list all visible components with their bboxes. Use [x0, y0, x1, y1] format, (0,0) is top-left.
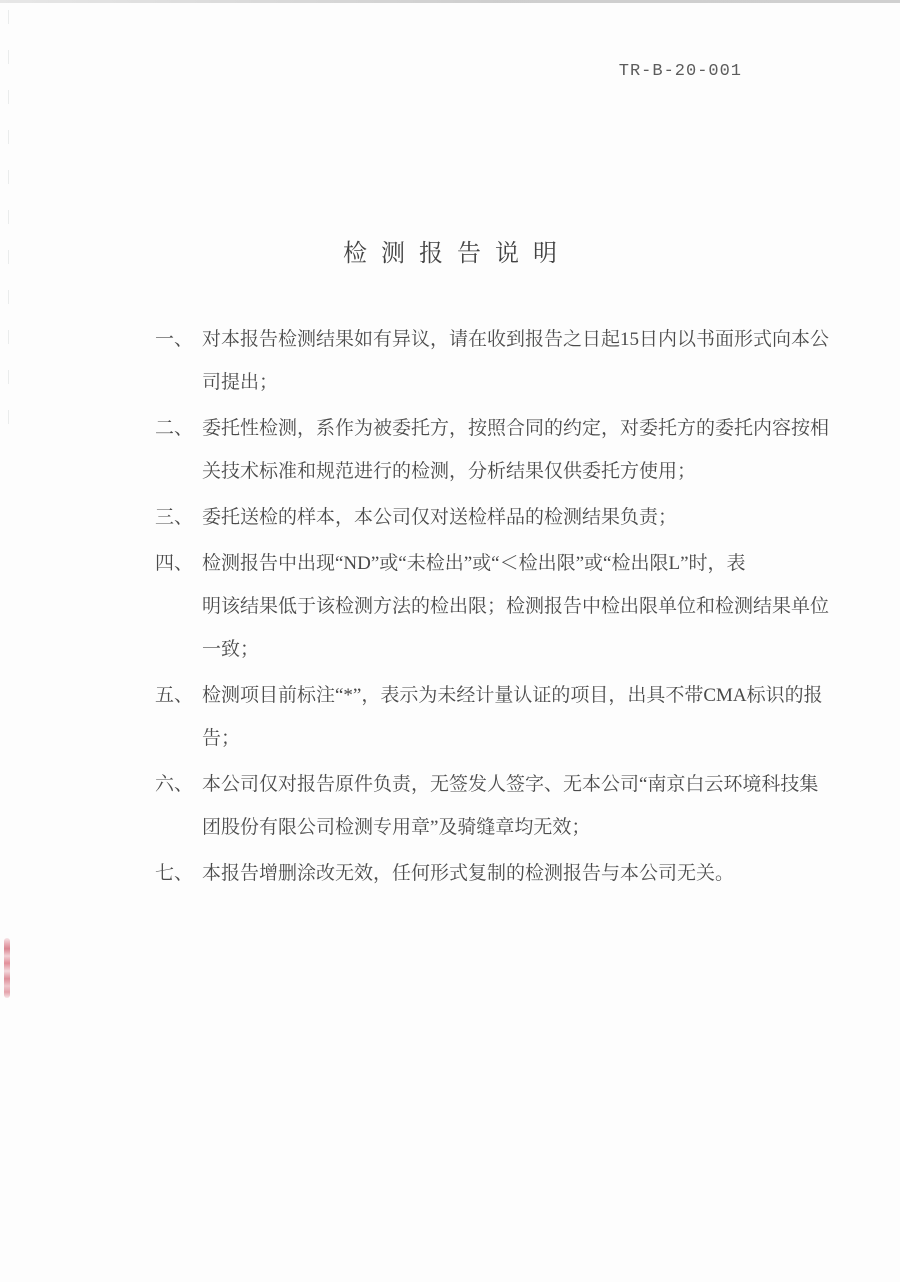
- note-line: 明该结果低于该检测方法的检出限；检测报告中检出限单位和检测结果单位: [202, 585, 803, 628]
- note-item-marker: 五、: [155, 674, 202, 717]
- note-item-marker: 三、: [155, 496, 202, 539]
- note-item: 七、本报告增删涂改无效，任何形式复制的检测报告与本公司无关。: [155, 852, 803, 895]
- note-item: 三、委托送检的样本，本公司仅对送检样品的检测结果负责；: [155, 496, 803, 539]
- note-line: 委托性检测，系作为被委托方，按照合同的约定，对委托方的委托内容按相: [202, 407, 803, 450]
- edge-seal-mark: [4, 938, 10, 998]
- note-item-marker: 六、: [155, 763, 202, 806]
- note-line: 本报告增删涂改无效，任何形式复制的检测报告与本公司无关。: [202, 852, 803, 895]
- scanned-report-page: { "page": { "code": "TR-B-20-001", "titl…: [0, 0, 900, 1282]
- note-item: 二、委托性检测，系作为被委托方，按照合同的约定，对委托方的委托内容按相关技术标准…: [155, 407, 803, 493]
- note-line: 委托送检的样本，本公司仅对送检样品的检测结果负责；: [202, 496, 803, 539]
- page-title: 检测报告说明: [0, 233, 900, 268]
- note-line: 本公司仅对报告原件负责，无签发人签字、无本公司“南京白云环境科技集: [202, 763, 803, 806]
- note-item: 四、检测报告中出现“ND”或“未检出”或“＜检出限”或“检出限L”时，表明该结果…: [155, 542, 803, 671]
- note-line: 告；: [202, 717, 803, 760]
- note-line: 检测项目前标注“*”，表示为未经计量认证的项目，出具不带CMA标识的报: [202, 674, 803, 717]
- note-item-marker: 一、: [155, 318, 202, 361]
- note-line: 司提出；: [202, 361, 803, 404]
- note-line: 检测报告中出现“ND”或“未检出”或“＜检出限”或“检出限L”时，表: [202, 542, 803, 585]
- notes-list: 一、对本报告检测结果如有异议，请在收到报告之日起15日内以书面形式向本公司提出；…: [155, 318, 803, 898]
- note-item-marker: 二、: [155, 407, 202, 450]
- scan-left-edge-artifact: [8, 10, 9, 440]
- scan-top-edge-line: [0, 0, 900, 3]
- note-item-marker: 七、: [155, 852, 202, 895]
- note-line: 一致；: [202, 628, 803, 671]
- note-item: 五、检测项目前标注“*”，表示为未经计量认证的项目，出具不带CMA标识的报告；: [155, 674, 803, 760]
- note-item: 六、本公司仅对报告原件负责，无签发人签字、无本公司“南京白云环境科技集团股份有限…: [155, 763, 803, 849]
- note-line: 团股份有限公司检测专用章”及骑缝章均无效；: [202, 806, 803, 849]
- note-line: 关技术标准和规范进行的检测，分析结果仅供委托方使用；: [202, 450, 803, 493]
- note-line: 对本报告检测结果如有异议，请在收到报告之日起15日内以书面形式向本公: [202, 318, 803, 361]
- note-item-marker: 四、: [155, 542, 202, 585]
- document-code: TR-B-20-001: [619, 62, 742, 81]
- note-item: 一、对本报告检测结果如有异议，请在收到报告之日起15日内以书面形式向本公司提出；: [155, 318, 803, 404]
